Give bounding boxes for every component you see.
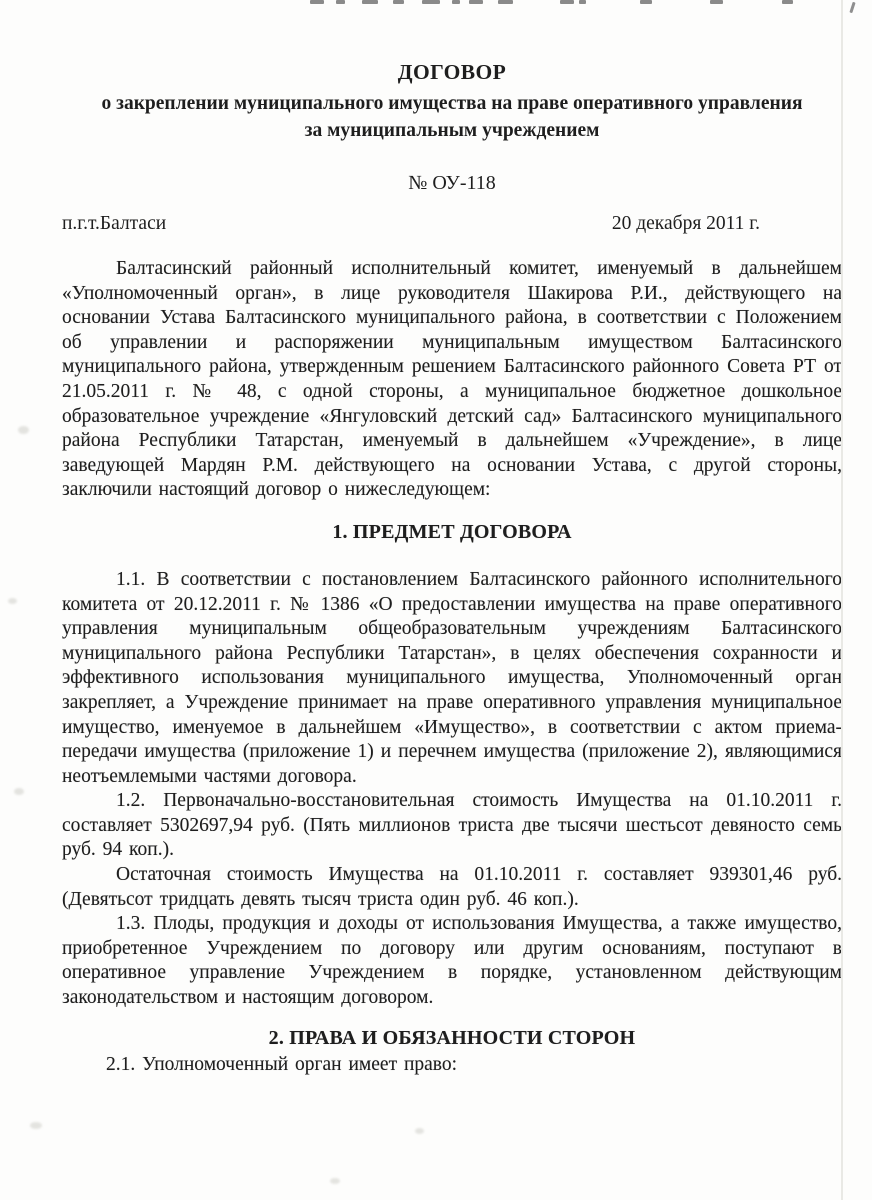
document-subtitle-line2: за муниципальным учреждением xyxy=(62,117,842,144)
scan-artifact-smudge xyxy=(330,1178,340,1184)
document-subtitle-line1: о закреплении муниципального имущества н… xyxy=(62,90,842,117)
clause-1-3: 1.3. Плоды, продукция и доходы от исполь… xyxy=(62,912,842,1010)
scanned-contract-page: ДОГОВОР о закреплении муниципального иму… xyxy=(0,0,872,1200)
clause-1-2-residual-value: Остаточная стоимость Имущества на 01.10.… xyxy=(62,863,842,912)
clause-1-1: 1.1. В соответствии с постановлением Бал… xyxy=(62,568,842,789)
document-number: № ОУ-118 xyxy=(62,172,842,195)
scan-artifact-smudge xyxy=(30,1122,42,1129)
place-label: п.г.т.Балтаси xyxy=(62,213,166,235)
document-content: ДОГОВОР о закреплении муниципального иму… xyxy=(0,0,872,1077)
clause-1-2: 1.2. Первоначально-восстановительная сто… xyxy=(62,789,842,863)
place-date-row: п.г.т.Балтаси 20 декабря 2011 г. xyxy=(62,213,842,235)
clause-2-1: 2.1. Уполномоченный орган имеет право: xyxy=(62,1053,842,1078)
scan-artifact-smudge xyxy=(415,1128,424,1134)
section-2-heading: 2. ПРАВА И ОБЯЗАННОСТИ СТОРОН xyxy=(62,1027,842,1050)
section-1-heading: 1. ПРЕДМЕТ ДОГОВОРА xyxy=(62,521,842,544)
document-title: ДОГОВОР xyxy=(62,60,842,85)
date-label: 20 декабря 2011 г. xyxy=(612,213,760,235)
document-subtitle: о закреплении муниципального имущества н… xyxy=(62,90,842,144)
preamble-paragraph: Балтасинский районный исполнительный ком… xyxy=(62,257,842,503)
